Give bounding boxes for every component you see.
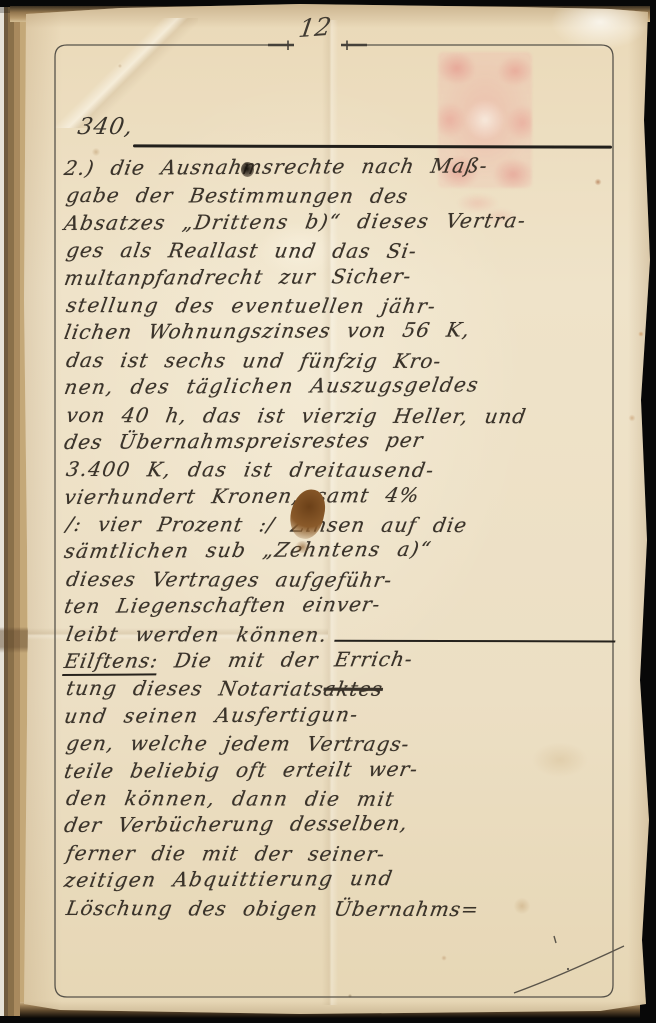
pen-flourish [0, 0, 656, 1023]
scanned-document-page: 12 340, 2.) die Ausnahmsrechte nach Maß-… [0, 0, 656, 1023]
